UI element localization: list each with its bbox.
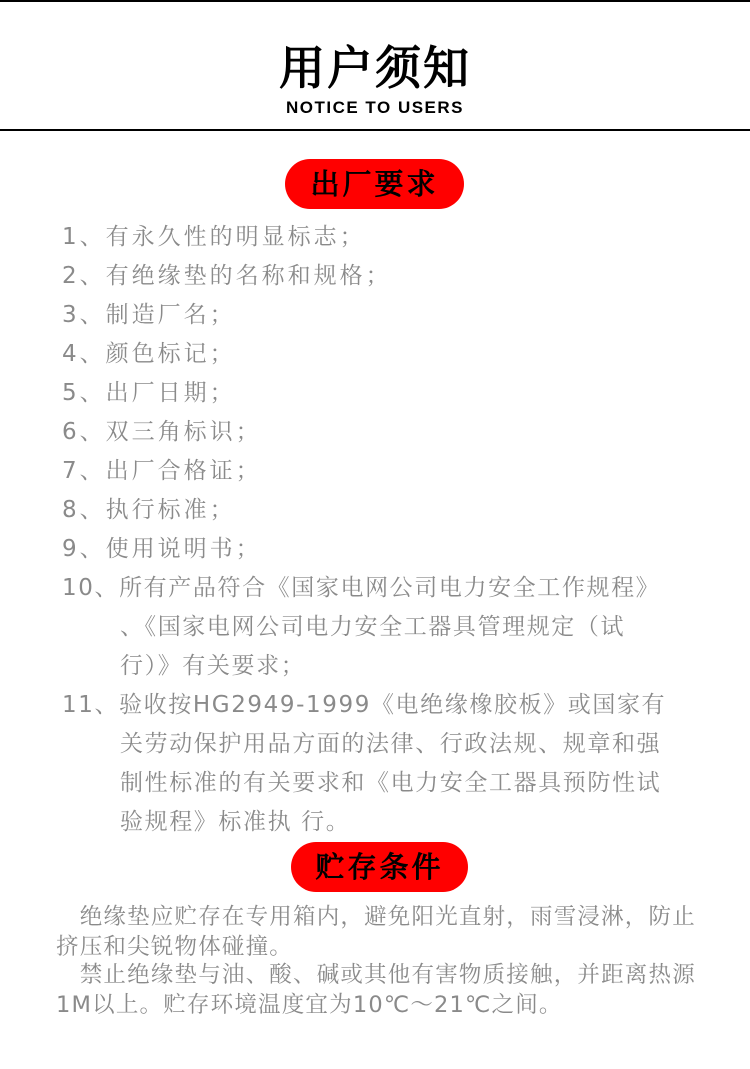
list-item: 11、验收按HG2949-1999《电绝缘橡胶板》或国家有 关劳动保护用品方面的… — [62, 686, 732, 842]
page-header: 用户须知 NOTICE TO USERS — [0, 40, 750, 118]
list-item: 10、所有产品符合《国家电网公司电力安全工作规程》 、《国家电网公司电力安全工器… — [62, 569, 732, 686]
section-heading-factory-requirements: 出厂要求 — [285, 159, 464, 209]
list-item: 3、制造厂名； — [62, 296, 732, 335]
list-item: 5、出厂日期； — [62, 374, 732, 413]
section-heading-storage-conditions: 贮存条件 — [291, 842, 468, 892]
storage-paragraph: 绝缘垫应贮存在专用箱内，避免阳光直射，雨雪浸淋，防止挤压和尖锐物体碰撞。 — [56, 902, 716, 962]
list-item: 1、有永久性的明显标志； — [62, 218, 732, 257]
page-title: 用户须知 — [0, 40, 750, 96]
storage-paragraph: 禁止绝缘垫与油、酸、碱或其他有害物质接触，并距离热源1M以上。贮存环境温度宜为1… — [56, 960, 716, 1020]
list-item: 6、双三角标识； — [62, 413, 732, 452]
list-item: 2、有绝缘垫的名称和规格； — [62, 257, 732, 296]
list-item: 7、出厂合格证； — [62, 452, 732, 491]
list-item: 4、颜色标记； — [62, 335, 732, 374]
list-item: 9、使用说明书； — [62, 530, 732, 569]
page-subtitle: NOTICE TO USERS — [0, 98, 750, 118]
factory-requirements-list: 1、有永久性的明显标志； 2、有绝缘垫的名称和规格； 3、制造厂名； 4、颜色标… — [62, 218, 732, 842]
header-divider — [0, 129, 750, 131]
top-divider — [0, 0, 750, 2]
list-item: 8、执行标准； — [62, 491, 732, 530]
